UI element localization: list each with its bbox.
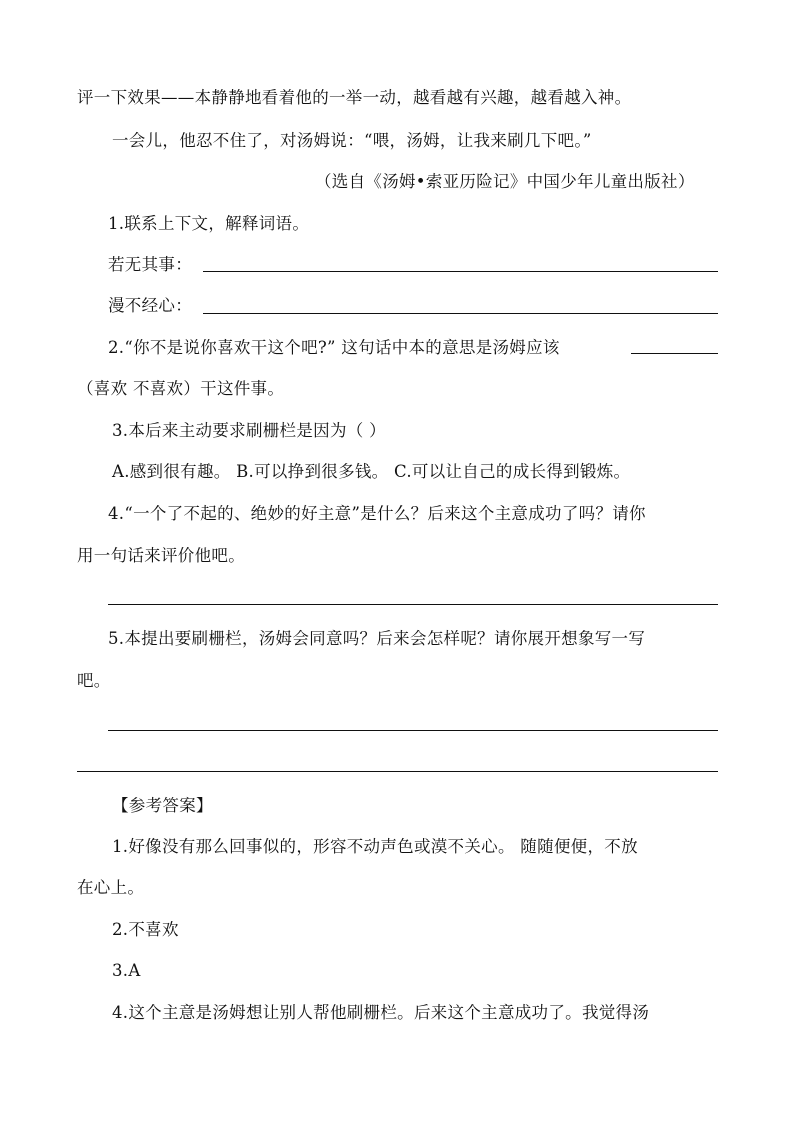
answer-2: 2.不喜欢	[112, 920, 179, 940]
answer-line-q5-1[interactable]	[108, 730, 718, 731]
answer-1-line-2: 在心上。	[77, 878, 144, 898]
answer-line-q5-2[interactable]	[77, 771, 718, 772]
passage-source: （选自《汤姆•索亚历险记》中国少年儿童出版社）	[315, 172, 695, 192]
question-5-continuation: 吧。	[77, 671, 111, 691]
answer-1-line-1: 1.好像没有那么回事似的，形容不动声色或漠不关心。 随随便便，不放	[112, 837, 638, 857]
answer-key-heading: 【参考答案】	[112, 796, 213, 816]
term-label-ruowuqishi: 若无其事：	[108, 255, 192, 275]
question-2-prompt: 2.“你不是说你喜欢干这个吧?” 这句话中本的意思是汤姆应该	[108, 338, 560, 358]
answer-line-term-2[interactable]	[203, 313, 718, 314]
answer-4: 4.这个主意是汤姆想让别人帮他刷栅栏。后来这个主意成功了。我觉得汤	[112, 1003, 649, 1023]
question-1-prompt: 1.联系上下文，解释词语。	[108, 214, 309, 234]
answer-line-q4[interactable]	[108, 604, 718, 605]
question-4-continuation: 用一句话来评价他吧。	[77, 546, 245, 566]
term-label-manbujingxin: 漫不经心：	[108, 296, 192, 316]
question-2-continuation: （喜欢 不喜欢）干这件事。	[77, 379, 284, 399]
question-4-prompt: 4.“一个了不起的、绝妙的好主意”是什么？后来这个主意成功了吗？请你	[108, 504, 646, 524]
answer-line-term-1[interactable]	[203, 271, 718, 272]
question-3-prompt: 3.本后来主动要求刷栅栏是因为（ ）	[112, 421, 386, 441]
question-3-options: A.感到很有趣。 B.可以挣到很多钱。 C.可以让自己的成长得到锻炼。	[112, 462, 630, 482]
answer-blank-q2[interactable]	[631, 353, 718, 354]
passage-line-1: 评一下效果——本静静地看着他的一举一动，越看越有兴趣，越看越入神。	[77, 88, 631, 108]
question-5-prompt: 5.本提出要刷栅栏，汤姆会同意吗？后来会怎样呢？请你展开想象写一写	[108, 629, 645, 649]
passage-line-2: 一会儿，他忍不住了，对汤姆说：“喂，汤姆，让我来刷几下吧。”	[112, 131, 592, 151]
answer-3: 3.A	[112, 961, 141, 981]
